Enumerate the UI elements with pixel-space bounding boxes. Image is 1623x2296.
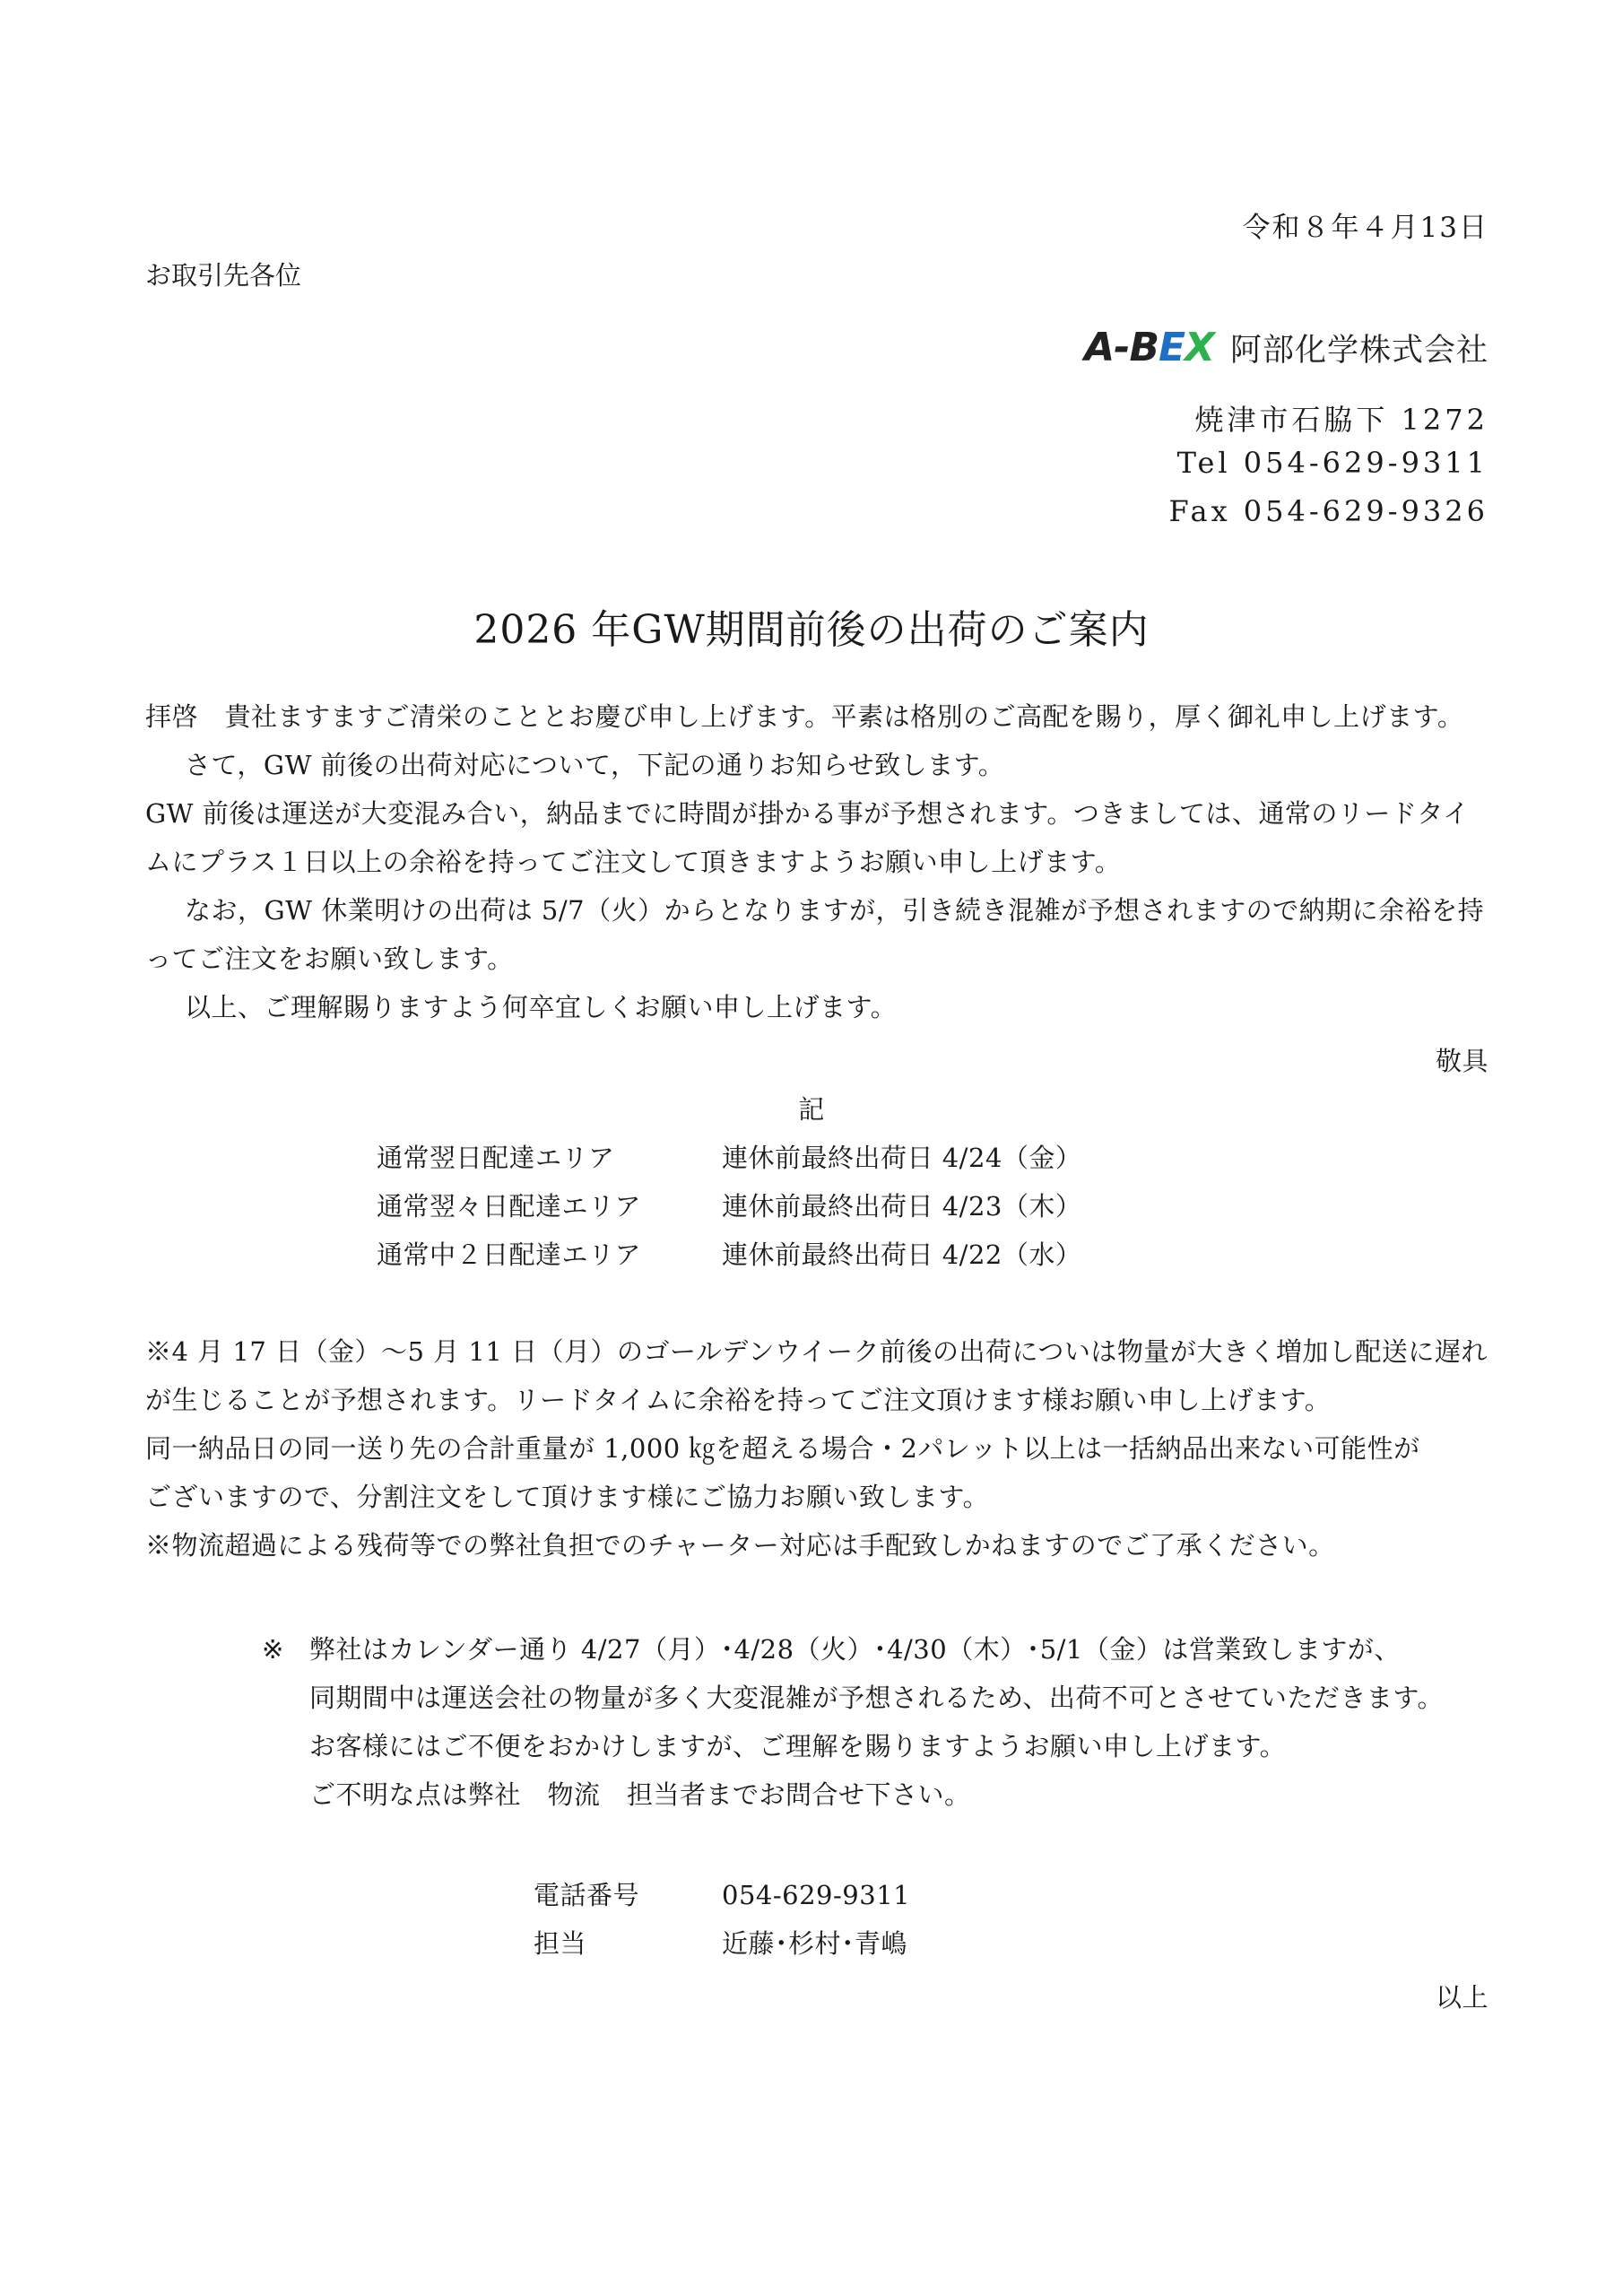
document-date: 令和８年４月13日 [1243, 204, 1488, 245]
body-line: 拝啓 貴社ますますご清栄のこととお慶び申し上げます。平素は格別のご高配を賜り，厚… [145, 692, 1463, 741]
body-line: GW 前後は運送が大変混み合い，納品までに時間が掛かる事が予想されます。つきまし… [145, 789, 1470, 838]
body-line: なお，GW 休業明けの出荷は 5/7（火）からとなりますが，引き続き混雑が予想さ… [185, 886, 1484, 935]
notice-line: ご不明な点は弊社 物流 担当者までお問合せ下さい。 [309, 1770, 971, 1819]
body-line: 以上、ご理解賜りますよう何卒宜しくお願い申し上げます。 [185, 983, 897, 1031]
body-line: ってご注文をお願い致します。 [145, 935, 514, 983]
sender-block: A-BEX 阿部化学株式会社 [1084, 325, 1488, 370]
notice-line: お客様にはご不便をおかけしますが、ご理解を賜りますようお願い申し上げます。 [309, 1722, 1286, 1770]
body-line: さて，GW 前後の出荷対応について，下記の通りお知らせ致します。 [185, 741, 1004, 789]
closing-keigu: 敬具 [1436, 1037, 1488, 1085]
notice-line: 同期間中は運送会社の物量が多く大変混雑が予想されるため、出荷不可とさせていただき… [309, 1674, 1444, 1722]
note-line: ※物流超過による残荷等での弊社負担でのチャーター対応は手配致しかねますのでご了承… [145, 1521, 1335, 1570]
notice-mark: ※ [262, 1625, 284, 1674]
logo-text-blue: E [1159, 325, 1185, 370]
note-line: 同一納品日の同一送り先の合計重量が 1,000 ㎏を超える場合・2パレット以上は… [145, 1424, 1420, 1473]
company-fax: Fax 054-629-9326 [1168, 494, 1488, 528]
logo-text-green: X [1185, 325, 1214, 370]
company-logo: A-BEX [1084, 325, 1214, 370]
schedule-area: 通常中２日配達エリア [377, 1231, 641, 1279]
notice-line: 弊社はカレンダー通り 4/27（月）･4/28（火）･4/30（木）･5/1（金… [309, 1625, 1401, 1674]
contact-phone-label: 電話番号 [534, 1871, 639, 1919]
schedule-date: 連休前最終出荷日 4/23（木） [722, 1182, 1081, 1231]
schedule-date: 連休前最終出荷日 4/22（水） [722, 1231, 1081, 1279]
company-address: 焼津市石脇下 1272 [1194, 397, 1488, 439]
recipient: お取引先各位 [145, 256, 301, 292]
document-title: 2026 年GW期間前後の出荷のご案内 [0, 597, 1623, 655]
body-line: ムにプラス１日以上の余裕を持ってご注文して頂きますようお願い申し上げます。 [145, 838, 1121, 886]
company-name: 阿部化学株式会社 [1230, 326, 1488, 370]
contact-person-value: 近藤･杉村･青嶋 [722, 1919, 907, 1968]
ki-heading: 記 [0, 1085, 1623, 1134]
schedule-area: 通常翌々日配達エリア [377, 1182, 641, 1231]
company-tel: Tel 054-629-9311 [1177, 446, 1488, 480]
note-line: ございますので、分割注文をして頂けます様にご協力お願い致します。 [145, 1473, 989, 1521]
contact-person-label: 担当 [534, 1919, 586, 1968]
schedule-date: 連休前最終出荷日 4/24（金） [722, 1134, 1081, 1182]
logo-text-dark: A-B [1084, 325, 1159, 370]
note-line: ※4 月 17 日（金）～5 月 11 日（月）のゴールデンウイーク前後の出荷に… [145, 1327, 1488, 1376]
contact-phone-value: 054-629-9311 [722, 1871, 910, 1919]
closing-ijo: 以上 [1436, 1973, 1488, 2022]
schedule-area: 通常翌日配達エリア [377, 1134, 615, 1182]
note-line: が生じることが予想されます。リードタイムに余裕を持ってご注文頂けます様お願い申し… [145, 1376, 1331, 1424]
